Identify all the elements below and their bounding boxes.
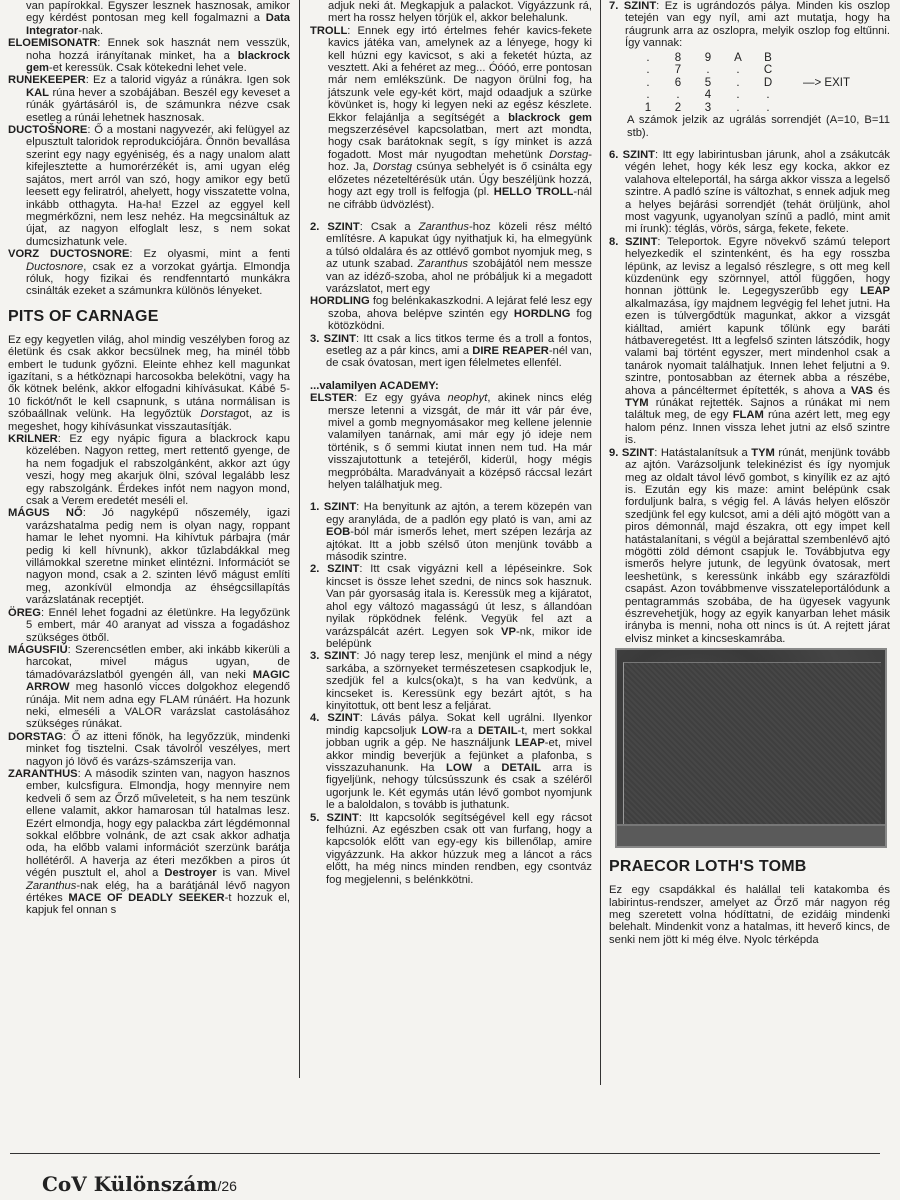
academy-level-8: 8. SZINT: Teleportok. Egyre növekvő szám… bbox=[609, 236, 890, 447]
footer-magazine-title: CoV Különszám/26 bbox=[42, 1172, 237, 1196]
map-row: .65.D—> EXIT bbox=[633, 77, 883, 90]
academy-level-6: 6. SZINT: Itt egy labirintusban járunk, … bbox=[609, 149, 890, 236]
academy-level-1: 1. SZINT: Ha benyitunk az ajtón, a terem… bbox=[310, 501, 592, 563]
entry-oreg: ÖREG: Ennél lehet fogadni az életünkre. … bbox=[8, 607, 290, 644]
academy-level-7: 7. SZINT: Ez is ugrándozós pálya. Minden… bbox=[609, 0, 890, 50]
map-row: .7..C bbox=[633, 64, 883, 77]
entry-magus-no: MÁGUS NŐ: Jó nagyképű nőszemély, igazi v… bbox=[8, 507, 290, 606]
column-divider bbox=[299, 0, 300, 1078]
entry-ductosnore: DUCTOŠNORE: Ő a mostani nagyvezér, aki f… bbox=[8, 124, 290, 248]
section-heading-praecor-loths-tomb: PRAECOR LOTH'S TOMB bbox=[609, 858, 890, 876]
academy-level-9: 9. SZINT: Hatástalanítsuk a TYM rúnát, m… bbox=[609, 447, 890, 646]
map-row: .89AB bbox=[633, 52, 883, 65]
entry-runekeeper: RUNEKEEPER: Ez a talorid vigyáz a rúnákr… bbox=[8, 74, 290, 124]
academy-level-2: 2. SZINT: Itt csak vigyázni kell a lépés… bbox=[310, 563, 592, 650]
entry-eloemisonatr: ELOEMISONATR: Ennek sok hasznát nem vess… bbox=[8, 37, 290, 74]
dungeon-floor-image bbox=[617, 824, 885, 846]
game-screenshot-image bbox=[615, 648, 887, 848]
jump-order-map: .89AB .7..C .65.D—> EXIT ..4.. 123.. bbox=[633, 52, 890, 115]
entry-vorz-ductosnore: VORZ DUCTOSNORE: Ez olyasmi, mint a fent… bbox=[8, 248, 290, 298]
paragraph: van papírokkal. Egyszer lesznek hasznosa… bbox=[8, 0, 290, 37]
section-heading-pits-of-carnage: PITS OF CARNAGE bbox=[8, 308, 290, 326]
column-divider bbox=[600, 0, 601, 1085]
page-number: /26 bbox=[217, 1178, 236, 1194]
map-row: 123.. bbox=[633, 102, 883, 115]
academy-level-4: 4. SZINT: Lávás pálya. Sokat kell ugráln… bbox=[310, 712, 592, 811]
paragraph-praecor-intro: Ez egy csapdákkal és halállal teli katak… bbox=[609, 884, 890, 946]
exit-arrow: —> EXIT bbox=[783, 77, 883, 90]
footer-rule bbox=[10, 1153, 880, 1154]
dungeon-wall-image bbox=[623, 662, 881, 826]
entry-krilner: KRILNER: Ez egy nyápic figura a blackroc… bbox=[8, 433, 290, 507]
entry-magusfiu: MÁGUSFIÚ: Szerencsétlen ember, aki inkáb… bbox=[8, 644, 290, 731]
academy-level-3: 3. SZINT: Jó nagy terep lesz, menjünk el… bbox=[310, 650, 592, 712]
paragraph-hordling: HORDLING fog belénkakaszkodni. A lejárat… bbox=[310, 295, 592, 332]
section-heading-academy: ...valamilyen ACADEMY: bbox=[310, 380, 592, 392]
column-middle: adjuk neki át. Megkapjuk a palackot. Vig… bbox=[310, 0, 592, 1078]
entry-zaranthus: ZARANTHUS: A második szinten van, nagyon… bbox=[8, 768, 290, 917]
column-left: van papírokkal. Egyszer lesznek hasznosa… bbox=[8, 0, 290, 1078]
academy-level-5: 5. SZINT: Itt kapcsolók segítségével kel… bbox=[310, 812, 592, 886]
map-row: ..4.. bbox=[633, 89, 883, 102]
entry-elster: ELSTER: Ez egy gyáva neophyt, akinek nin… bbox=[310, 392, 592, 491]
level-3: 3. SZINT: Itt csak a lics titkos terme é… bbox=[310, 333, 592, 370]
jump-map-note: A számok jelzik az ugrálás sorrendjét (A… bbox=[609, 114, 890, 139]
entry-dorstag: DORSTAG: Ő az itteni főnök, ha legyőzzük… bbox=[8, 731, 290, 768]
paragraph-pits-intro: Ez egy kegyetlen világ, ahol mindig vesz… bbox=[8, 334, 290, 433]
level-2: 2. SZINT: Csak a Zaranthus-hoz közeli ré… bbox=[310, 221, 592, 295]
entry-troll: TROLL: Ennek egy irtó értelmes fehér kav… bbox=[310, 25, 592, 211]
paragraph: adjuk neki át. Megkapjuk a palackot. Vig… bbox=[310, 0, 592, 25]
column-right: 7. SZINT: Ez is ugrándozós pálya. Minden… bbox=[609, 0, 890, 1078]
